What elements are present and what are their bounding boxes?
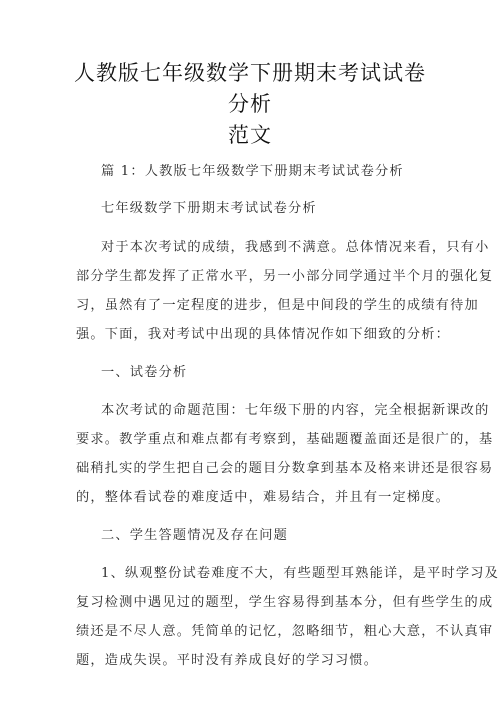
paragraph-line: 对于本次考试的成绩，我感到不满意。总体情况来看，只有小 (101, 236, 489, 255)
title-line-1: 人教版七年级数学下册期末考试试卷分析 (70, 58, 430, 120)
paragraph-line: 1、纵观整份试卷难度不大，有些题型耳熟能详，是平时学习及 (101, 562, 499, 581)
title-line-2: 范文 (70, 120, 430, 151)
chapter-heading: 篇 1：人教版七年级数学下册期末考试试卷分析 (101, 160, 404, 179)
paragraph-line: 要求。教学重点和难点都有考察到，基础题覆盖面还是很广的，基 (76, 428, 493, 447)
paragraph-line: 础稍扎实的学生把自己会的题目分数拿到基本及格来讲还是很容易 (76, 457, 493, 476)
paragraph-line: 绩还是不尽人意。凭简单的记忆，忽略细节，粗心大意，不认真审 (76, 620, 493, 639)
section-heading: 一、试卷分析 (101, 361, 187, 380)
paragraph-line: 的，整体看试卷的难度适中，难易结合，并且有一定梯度。 (76, 486, 450, 505)
paragraph-line: 复习检测中遇见过的题型，学生容易得到基本分，但有些学生的成 (76, 591, 493, 610)
paragraph-line: 本次考试的命题范围：七年级下册的内容，完全根据新课改的 (101, 399, 489, 418)
section-heading: 二、学生答题情况及存在问题 (101, 524, 288, 543)
paragraph-line: 部分学生都发挥了正常水平，另一小部分同学通过半个月的强化复 (76, 265, 493, 284)
paragraph-line: 习，虽然有了一定程度的进步，但是中间段的学生的成绩有待加 (76, 294, 479, 313)
paragraph-line: 强。下面，我对考试中出现的具体情况作如下细致的分析： (76, 323, 450, 342)
document-page: 人教版七年级数学下册期末考试试卷分析 范文 篇 1：人教版七年级数学下册期末考试… (0, 0, 500, 707)
subtitle: 七年级数学下册期末考试试卷分析 (101, 197, 317, 216)
document-title: 人教版七年级数学下册期末考试试卷分析 范文 (70, 58, 430, 151)
paragraph-line: 题，造成失误。平时没有养成良好的学习习惯。 (76, 649, 378, 668)
